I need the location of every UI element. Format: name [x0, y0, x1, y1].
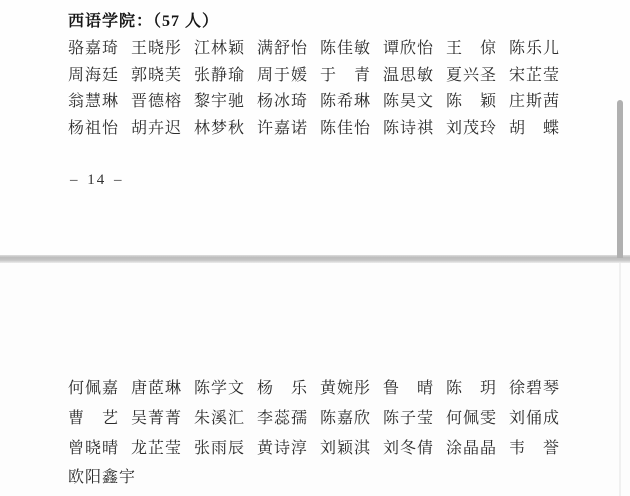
page-edge-line: [619, 263, 621, 496]
scrollbar-thumb[interactable]: [617, 100, 623, 258]
name-row: 曾晓晴 龙芷莹 张雨辰 黄诗淳 刘颖淇 刘冬倩 涂晶晶 韦 誉: [68, 435, 560, 458]
name-row: 曹 艺 吴菁菁 朱溪汇 李蕊孺 陈嘉欣 陈子莹 何佩雯 刘俑成: [68, 405, 560, 428]
section-header: 西语学院：（57 人）: [68, 8, 219, 31]
page-number: – 14 –: [70, 172, 124, 189]
document-viewer: 西语学院：（57 人） 骆嘉琦 王晓彤 江林颖 满舒怡 陈佳敏 谭欣怡 王 倞 …: [0, 0, 630, 496]
page-separator: [0, 255, 630, 263]
name-row: 杨祖怡 胡卉迟 林梦秋 许嘉诺 陈佳怡 陈诗祺 刘茂玲 胡 蝶: [68, 115, 560, 138]
page-14: 西语学院：（57 人） 骆嘉琦 王晓彤 江林颖 满舒怡 陈佳敏 谭欣怡 王 倞 …: [0, 0, 630, 255]
name-row: 何佩嘉 唐茝琳 陈学文 杨 乐 黄婉彤 鲁 晴 陈 玥 徐碧琴: [68, 375, 560, 398]
name-row: 欧阳鑫宇: [68, 464, 136, 487]
name-row: 骆嘉琦 王晓彤 江林颖 满舒怡 陈佳敏 谭欣怡 王 倞 陈乐儿: [68, 35, 560, 58]
page-15: 何佩嘉 唐茝琳 陈学文 杨 乐 黄婉彤 鲁 晴 陈 玥 徐碧琴 曹 艺 吴菁菁 …: [0, 263, 630, 496]
name-row: 周海廷 郭晓芙 张静瑜 周于媛 于 青 温思敏 夏兴圣 宋芷莹: [68, 62, 560, 85]
name-row: 翁慧琳 晋德榕 黎宇驰 杨冰琦 陈希琳 陈昊文 陈 颖 庄斯茜: [68, 88, 560, 111]
